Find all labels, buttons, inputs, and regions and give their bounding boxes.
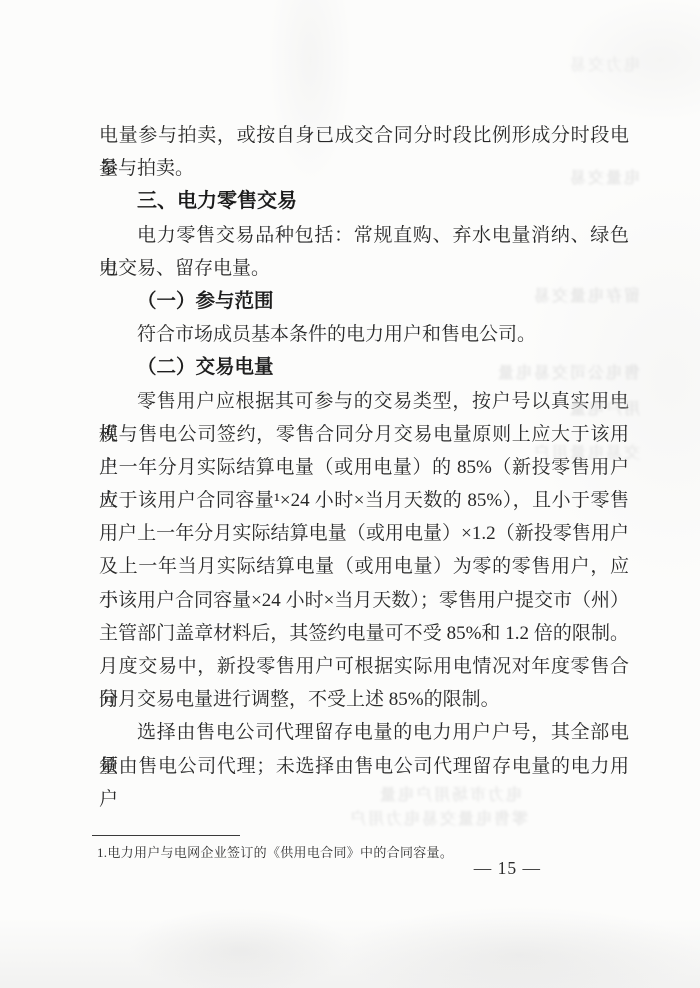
page-showthrough-artifact: 电力市场用户电量 [372, 782, 522, 805]
body-text-line: 选择由售电公司代理留存电量的电力用户户号，其全部电量 [99, 716, 629, 749]
body-text-line: 须由售电公司代理；未选择由售电公司代理留存电量的电力用户 [99, 750, 629, 783]
body-text-line: 用户上一年分月实际结算电量（或用电量）×1.2（新投零售用户 [99, 517, 629, 550]
body-text-line: 模与售电公司签约，零售合同分月交易电量原则上应大于该用户 [99, 418, 629, 451]
page-number: — 15 — [0, 858, 541, 879]
footnote-separator-rule [92, 835, 240, 836]
body-text-line: 月度交易中，新投零售用户可根据实际用电情况对年度零售合同 [99, 650, 629, 683]
body-text-line: 大于该用户合同容量¹×24 小时×当月天数的 85%），且小于零售 [99, 484, 629, 517]
subsection-heading: （二）交易电量 [99, 351, 629, 384]
page-showthrough-artifact: 零售电量交易电力用户 [348, 806, 528, 829]
body-text-line: 力交易、留存电量。 [99, 252, 629, 285]
section-heading: 三、电力零售交易 [99, 185, 629, 218]
body-text-line: 主管部门盖章材料后，其签约电量可不受 85%和 1.2 倍的限制。 [99, 617, 629, 650]
body-text-line: 及上一年当月实际结算电量（或用电量）为零的零售用户，应小 [99, 550, 629, 583]
body-text-line: 电量参与拍卖，或按自身已成交合同分时段比例形成分时段电量 [99, 119, 629, 152]
body-text-line: 零售用户应根据其可参与的交易类型，按户号以真实用电规 [99, 385, 629, 418]
subsection-heading: （一）参与范围 [99, 285, 629, 318]
body-text-line: 于该用户合同容量×24 小时×当月天数）；零售用户提交市（州） [99, 584, 629, 617]
body-text-line: 电力零售交易品种包括：常规直购、弃水电量消纳、绿色电 [99, 219, 629, 252]
page-showthrough-artifact: 电力交易 [555, 52, 640, 75]
scanned-document-page: 电量参与拍卖，或按自身已成交合同分时段比例形成分时段电量 参与拍卖。 三、电力零… [0, 0, 700, 988]
body-text-line: 分月交易电量进行调整，不受上述 85%的限制。 [99, 683, 629, 716]
document-body: 电量参与拍卖，或按自身已成交合同分时段比例形成分时段电量 参与拍卖。 三、电力零… [99, 119, 629, 783]
body-text-line: 上一年分月实际结算电量（或用电量）的 85%（新投零售用户应 [99, 451, 629, 484]
body-text-line: 参与拍卖。 [99, 152, 629, 185]
body-text-line: 符合市场成员基本条件的电力用户和售电公司。 [99, 318, 629, 351]
